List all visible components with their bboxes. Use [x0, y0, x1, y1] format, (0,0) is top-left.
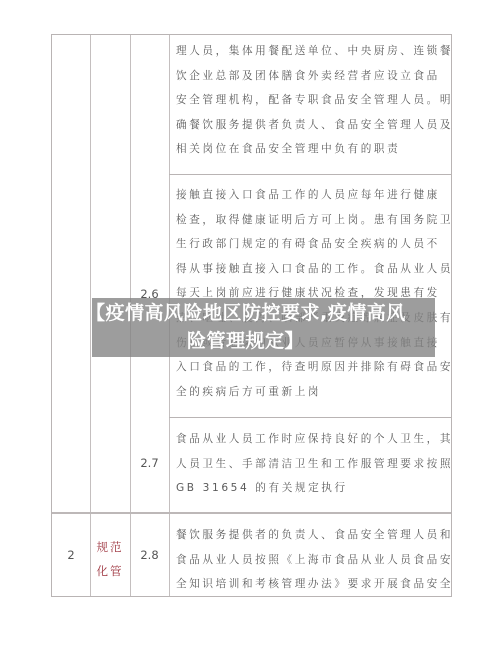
row-divider	[52, 512, 451, 514]
category-line: 化管	[90, 559, 130, 583]
text-line: 确餐饮服务提供者负责人、食品安全管理人员及	[176, 113, 453, 138]
row-divider	[169, 174, 451, 175]
banner-line: 险管理规定】	[92, 327, 435, 355]
requirement-cell-text: 接触直接入口食品工作的人员应每年进行健康 检查，取得健康证明后方可上岗。患有国务…	[176, 183, 453, 404]
text-line: 安全管理机构，配备专职食品安全管理人员。明	[176, 88, 453, 113]
text-line: 生行政部门规定的有碍食品安全疾病的人员不	[176, 232, 453, 257]
item-number: 2.8	[130, 548, 169, 562]
text-line: 得从事接触直接入口食品的工作。食品从业人员	[176, 257, 453, 282]
text-line: 食品从业人员按照《上海市食品从业人员食品安	[176, 548, 453, 573]
text-line: 接触直接入口食品工作的人员应每年进行健康	[176, 183, 453, 208]
requirement-cell-text: 餐饮服务提供者的负责人、食品安全管理人员和 食品从业人员按照《上海市食品从业人员…	[176, 523, 453, 597]
text-line: 检查，取得健康证明后方可上岗。患有国务院卫	[176, 208, 453, 233]
text-line: 入口食品的工作，待查明原因并排除有碍食品安	[176, 355, 453, 380]
item-number: 2.7	[130, 456, 169, 470]
row-divider	[169, 417, 451, 418]
text-line: 相关岗位在食品安全管理中负有的职责	[176, 137, 453, 162]
text-line: 餐饮服务提供者的负责人、食品安全管理人员和	[176, 523, 453, 548]
requirement-cell-text: 食品从业人员工作时应保持良好的个人卫生，其 人员卫生、手部清洁卫生和工作服管理要…	[176, 427, 453, 501]
text-line: 人员卫生、手部清洁卫生和工作服管理要求按照	[176, 452, 453, 477]
banner-line: 【疫情高风险地区防控要求,疫情高风	[86, 299, 435, 327]
section-number: 2	[52, 548, 90, 562]
title-banner: 【疫情高风险地区防控要求,疫情高风 险管理规定】	[92, 299, 435, 355]
category-line: 规范	[90, 535, 130, 559]
requirement-cell-text: 理人员，集体用餐配送单位、中央厨房、连锁餐 饮企业总部及团体膳食外卖经营者应设立…	[176, 39, 453, 162]
category-label: 规范 化管	[90, 535, 130, 583]
text-line: 食品从业人员工作时应保持良好的个人卫生，其	[176, 427, 453, 452]
text-line: GB 31654 的有关规定执行	[176, 476, 453, 501]
text-line: 饮企业总部及团体膳食外卖经营者应设立食品	[176, 64, 453, 89]
text-line: 全知识培训和考核管理办法》要求开展食品安全	[176, 572, 453, 597]
text-line: 全的疾病后方可重新上岗	[176, 380, 453, 405]
text-line: 理人员，集体用餐配送单位、中央厨房、连锁餐	[176, 39, 453, 64]
